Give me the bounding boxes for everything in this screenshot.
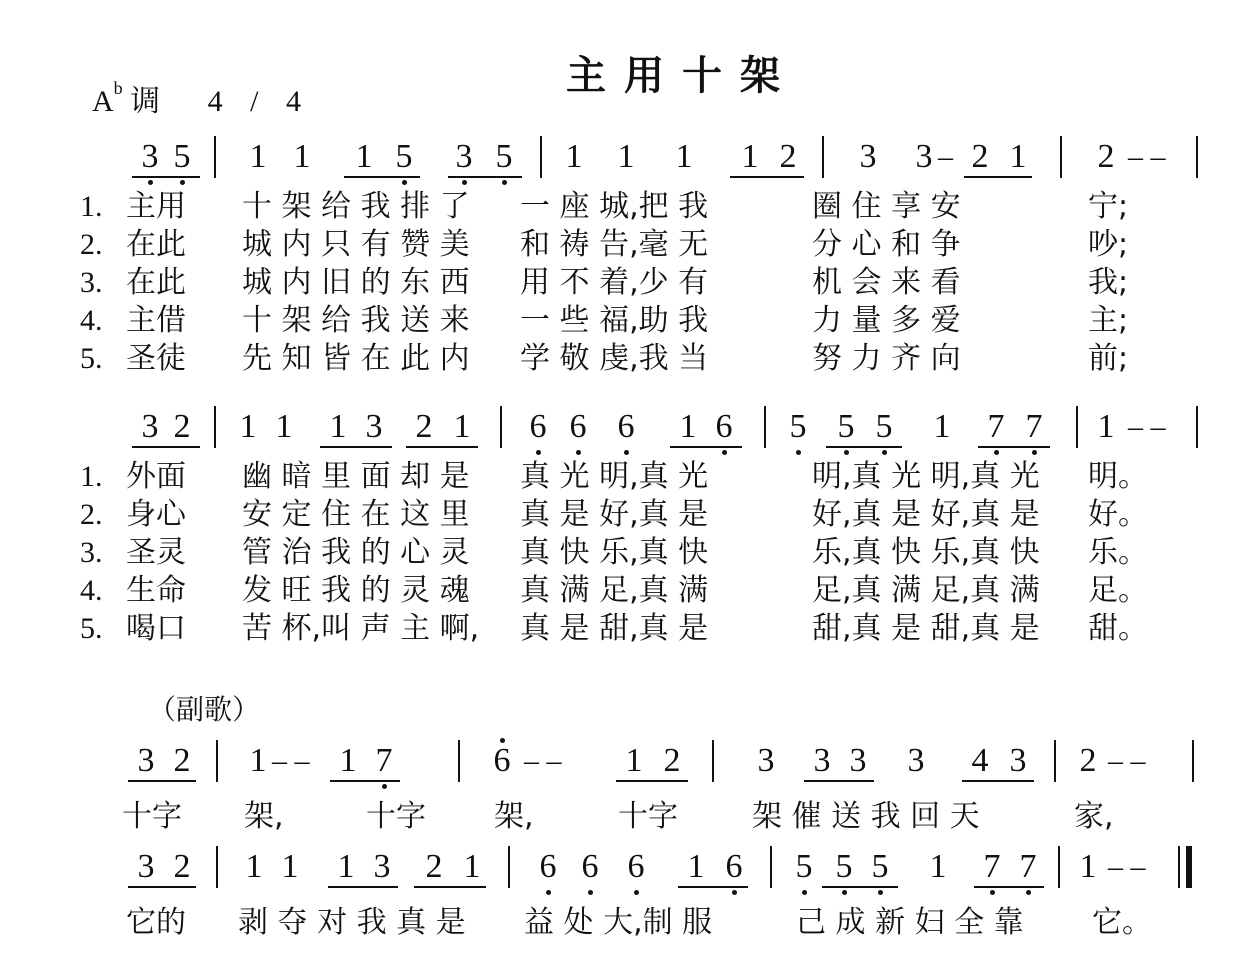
beam-underline [330, 780, 400, 782]
verse-number: 5. [80, 610, 103, 648]
lyric-segment: 十字 [366, 798, 426, 836]
key-label: 调 [130, 85, 160, 118]
note: 2 [422, 850, 446, 884]
note: 7 [980, 850, 1004, 884]
lyric-segment: 真 满 足,真 满 [520, 572, 708, 610]
note: 2 [776, 140, 800, 174]
note: 6 [536, 850, 560, 884]
octave-dot [722, 450, 727, 455]
beam-underline [826, 446, 902, 448]
lyric-segment: 十 架 给 我 送 来 [242, 302, 470, 340]
note: 1 [1094, 410, 1118, 444]
octave-dot [802, 890, 807, 895]
lyric-segment: 十 架 给 我 排 了 [242, 188, 470, 226]
octave-dot [462, 180, 467, 185]
lyric-segment: 真 光 明,真 光 [520, 458, 708, 496]
note: 1 [450, 410, 474, 444]
lyric-segment: 分 心 和 争 [812, 226, 961, 264]
note: 3 [138, 410, 162, 444]
sustain-dash: – – [272, 744, 310, 778]
barline [1060, 136, 1062, 178]
lyric-segment: 学 敬 虔,我 当 [520, 340, 708, 378]
lyric-segment: 真 快 乐,真 快 [520, 534, 708, 572]
lyric-segment: 家, [1074, 798, 1114, 836]
octave-dot [1032, 450, 1037, 455]
barline [1196, 406, 1198, 448]
note: 1 [1006, 140, 1030, 174]
note: 4 [968, 744, 992, 778]
note: 3 [452, 140, 476, 174]
beam-underline [344, 176, 420, 178]
note: 6 [526, 410, 550, 444]
barline [712, 740, 714, 782]
note: 5 [492, 140, 516, 174]
octave-dot [878, 890, 883, 895]
octave-dot [576, 450, 581, 455]
note: 2 [170, 850, 194, 884]
octave-dot [990, 890, 995, 895]
note: 1 [236, 410, 260, 444]
lyric-segment: 主用 [126, 188, 186, 226]
lyric-segment: 主; [1088, 302, 1128, 340]
beam-underline [328, 886, 398, 888]
beam-underline [414, 886, 486, 888]
verse-number: 5. [80, 340, 103, 378]
octave-dot [796, 450, 801, 455]
barline [216, 740, 218, 782]
beam-underline [670, 446, 742, 448]
lyric-segment: 它的 [126, 904, 186, 942]
octave-dot [844, 450, 849, 455]
note: 2 [968, 140, 992, 174]
octave-dot [536, 450, 541, 455]
lyric-segment: 发 旺 我 的 灵 魂 [242, 572, 470, 610]
note: 1 [278, 850, 302, 884]
octave-dot [1026, 890, 1031, 895]
octave-dot [842, 890, 847, 895]
note: 6 [722, 850, 746, 884]
note: 7 [1016, 850, 1040, 884]
lyric-segment: 圈 住 享 安 [812, 188, 961, 226]
note: 3 [138, 140, 162, 174]
note: 1 [242, 850, 266, 884]
barline [500, 406, 502, 448]
key-accidental: b [114, 78, 123, 98]
final-barline [1186, 846, 1192, 888]
octave-dot [882, 450, 887, 455]
octave-dot [546, 890, 551, 895]
lyric-segment: 吵; [1088, 226, 1128, 264]
note: 1 [1076, 850, 1100, 884]
song-title: 主用十架 [566, 44, 798, 101]
lyric-segment: 明。 [1088, 458, 1148, 496]
beam-underline [822, 886, 898, 888]
lyric-segment: 机 会 来 看 [812, 264, 961, 302]
note: 3 [134, 850, 158, 884]
note: 7 [372, 744, 396, 778]
lyric-segment: 真 是 甜,真 是 [520, 610, 708, 648]
note: 1 [272, 410, 296, 444]
lyric-segment: 架, [244, 798, 284, 836]
beam-underline [804, 780, 874, 782]
barline [214, 136, 216, 178]
sustain-dash: – – [1128, 410, 1166, 444]
note: 1 [614, 140, 638, 174]
note: 2 [1094, 140, 1118, 174]
lyric-segment: 圣灵 [126, 534, 186, 572]
beam-underline [962, 780, 1034, 782]
note: 3 [904, 744, 928, 778]
note: 5 [792, 850, 816, 884]
sustain-dash: – – [1128, 140, 1166, 174]
octave-dot [402, 180, 407, 185]
verse-number: 4. [80, 302, 103, 340]
beam-underline [320, 446, 392, 448]
note: 5 [872, 410, 896, 444]
lyric-segment: 我; [1088, 264, 1128, 302]
note: 2 [412, 410, 436, 444]
lyric-segment: 在此 [126, 226, 186, 264]
lyric-segment: 圣徒 [126, 340, 186, 378]
note: 3 [754, 744, 778, 778]
note: 6 [712, 410, 736, 444]
note: 1 [326, 410, 350, 444]
note: 2 [1076, 744, 1100, 778]
verse-number: 3. [80, 264, 103, 302]
lyric-segment: 城 内 只 有 赞 美 [242, 226, 470, 264]
beam-underline [678, 886, 748, 888]
note: 3 [370, 850, 394, 884]
note: 2 [660, 744, 684, 778]
sustain-dash: – – [524, 744, 562, 778]
note: 6 [614, 410, 638, 444]
note: 3 [856, 140, 880, 174]
barline [458, 740, 460, 782]
note: 6 [624, 850, 648, 884]
note: 1 [930, 410, 954, 444]
time-signature: 4 / 4 [208, 85, 311, 118]
note: 1 [246, 140, 270, 174]
barline [822, 136, 824, 178]
lyric-segment: 一 座 城,把 我 [520, 188, 708, 226]
lyric-segment: 主借 [126, 302, 186, 340]
octave-dot [994, 450, 999, 455]
note: 1 [926, 850, 950, 884]
lyric-segment: 用 不 着,少 有 [520, 264, 708, 302]
barline [214, 406, 216, 448]
lyric-segment: 在此 [126, 264, 186, 302]
verse-number: 2. [80, 496, 103, 534]
lyric-segment: 好。 [1088, 496, 1148, 534]
octave-dot [180, 180, 185, 185]
note: 1 [562, 140, 586, 174]
lyric-segment: 甜。 [1088, 610, 1148, 648]
lyric-segment: 它。 [1092, 904, 1152, 942]
beam-underline [964, 176, 1032, 178]
note: 6 [490, 744, 514, 778]
beam-underline [730, 176, 804, 178]
note: 1 [334, 850, 358, 884]
octave-dot [382, 784, 387, 789]
lyric-segment: 足。 [1088, 572, 1148, 610]
verse-number: 4. [80, 572, 103, 610]
verse-number: 1. [80, 188, 103, 226]
barline [1196, 136, 1198, 178]
lyric-segment: 前; [1088, 340, 1128, 378]
key-signature: Ab 调 4 / 4 [92, 76, 311, 120]
lyric-segment: 身心 [126, 496, 186, 534]
lyric-segment: 架 催 送 我 回 天 [752, 798, 980, 836]
lyric-segment: 生命 [126, 572, 186, 610]
octave-dot [732, 890, 737, 895]
lyric-segment: 外面 [126, 458, 186, 496]
barline [1076, 406, 1078, 448]
octave-dot [148, 180, 153, 185]
octave-dot [500, 738, 505, 743]
note: 5 [170, 140, 194, 174]
verse-number: 3. [80, 534, 103, 572]
sustain-dash: – – [1108, 850, 1146, 884]
sustain-dash: – [938, 140, 953, 174]
lyric-segment: 一 些 福,助 我 [520, 302, 708, 340]
lyric-segment: 喝口 [126, 610, 186, 648]
note: 5 [786, 410, 810, 444]
beam-underline [978, 446, 1050, 448]
note: 7 [984, 410, 1008, 444]
beam-underline [616, 780, 688, 782]
note: 5 [392, 140, 416, 174]
lyric-segment: 宁; [1088, 188, 1128, 226]
barline [216, 846, 218, 888]
note: 3 [810, 744, 834, 778]
note: 1 [684, 850, 708, 884]
key-note: A [92, 85, 114, 118]
lyric-segment: 努 力 齐 向 [812, 340, 961, 378]
lyric-segment: 十字 [618, 798, 678, 836]
lyric-segment: 真 是 好,真 是 [520, 496, 708, 534]
note: 3 [1006, 744, 1030, 778]
lyric-segment: 好,真 是 好,真 是 [812, 496, 1040, 534]
verse-number: 1. [80, 458, 103, 496]
note: 1 [352, 140, 376, 174]
beam-underline [128, 886, 196, 888]
lyric-segment: 甜,真 是 甜,真 是 [812, 610, 1040, 648]
note: 1 [290, 140, 314, 174]
barline [770, 846, 772, 888]
lyric-segment: 幽 暗 里 面 却 是 [242, 458, 470, 496]
note: 3 [362, 410, 386, 444]
lyric-segment: 城 内 旧 的 东 西 [242, 264, 470, 302]
beam-underline [132, 176, 200, 178]
note: 1 [622, 744, 646, 778]
lyric-segment: 苦 杯,叫 声 主 啊, [242, 610, 479, 648]
note: 1 [460, 850, 484, 884]
octave-dot [624, 450, 629, 455]
barline [1192, 740, 1194, 782]
barline [764, 406, 766, 448]
lyric-segment: 明,真 光 明,真 光 [812, 458, 1040, 496]
lyric-segment: 乐,真 快 乐,真 快 [812, 534, 1040, 572]
note: 5 [832, 850, 856, 884]
lyric-segment: 架, [494, 798, 534, 836]
verse-number: 2. [80, 226, 103, 264]
barline [1058, 846, 1060, 888]
note: 3 [134, 744, 158, 778]
lyric-segment: 己 成 新 妇 全 靠 [796, 904, 1024, 942]
lyric-segment: 先 知 皆 在 此 内 [242, 340, 470, 378]
octave-dot [634, 890, 639, 895]
lyric-segment: 和 祷 告,毫 无 [520, 226, 708, 264]
note: 1 [672, 140, 696, 174]
octave-dot [588, 890, 593, 895]
lyric-segment: 十字 [122, 798, 182, 836]
beam-underline [128, 780, 196, 782]
note: 1 [246, 744, 270, 778]
lyric-segment: 力 量 多 爱 [812, 302, 961, 340]
note: 3 [912, 140, 936, 174]
note: 6 [566, 410, 590, 444]
sustain-dash: – – [1108, 744, 1146, 778]
note: 5 [868, 850, 892, 884]
beam-underline [448, 176, 522, 178]
note: 7 [1022, 410, 1046, 444]
lyric-segment: 乐。 [1088, 534, 1148, 572]
lyric-segment: 剥 夺 对 我 真 是 [238, 904, 466, 942]
barline [1178, 846, 1180, 888]
barline [540, 136, 542, 178]
lyric-segment: 安 定 住 在 这 里 [242, 496, 470, 534]
note: 1 [676, 410, 700, 444]
lyric-segment: 足,真 满 足,真 满 [812, 572, 1040, 610]
note: 1 [738, 140, 762, 174]
lyric-segment: 益 处 大,制 服 [524, 904, 712, 942]
note: 5 [834, 410, 858, 444]
note: 1 [336, 744, 360, 778]
barline [508, 846, 510, 888]
note: 3 [846, 744, 870, 778]
barline [1054, 740, 1056, 782]
beam-underline [132, 446, 200, 448]
note: 6 [578, 850, 602, 884]
beam-underline [974, 886, 1044, 888]
octave-dot [502, 180, 507, 185]
beam-underline [406, 446, 478, 448]
note: 2 [170, 410, 194, 444]
chorus-label: （副歌） [148, 688, 260, 728]
lyric-segment: 管 治 我 的 心 灵 [242, 534, 470, 572]
note: 2 [170, 744, 194, 778]
